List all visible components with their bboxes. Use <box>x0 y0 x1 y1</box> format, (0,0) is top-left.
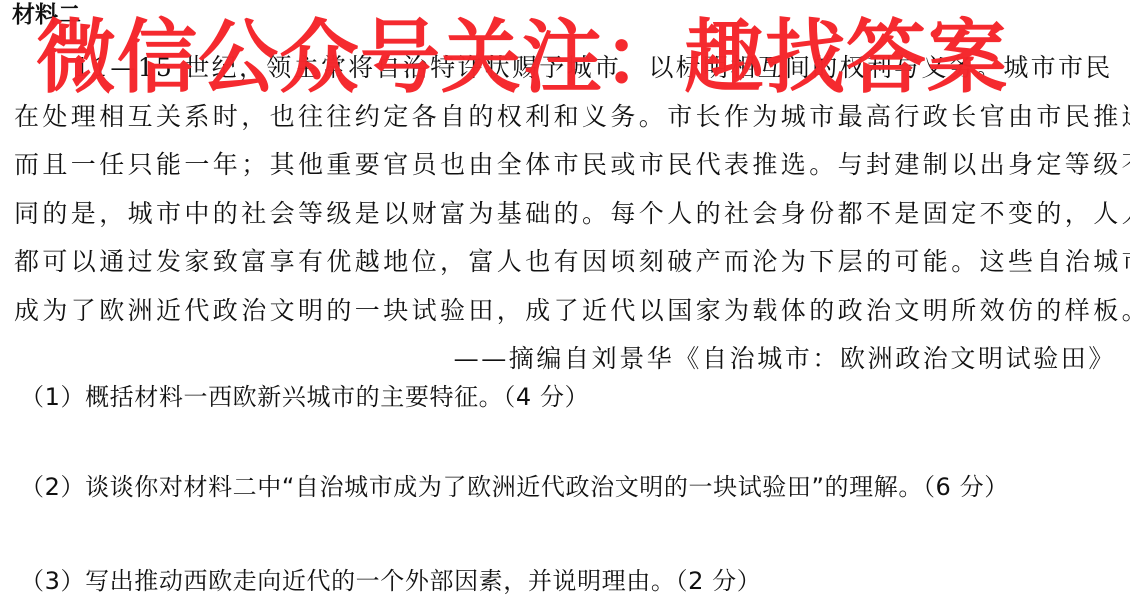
question-2: （2）谈谈你对材料二中“自治城市成为了欧洲近代政治文明的一块试验田”的理解。（6… <box>20 472 1009 502</box>
question-text: 写出推动西欧走向近代的一个外部因素，并说明理由。（2 分） <box>85 567 761 595</box>
passage-line: 同的是，城市中的社会等级是以财富为基础的。每个人的社会身份都不是固定不变的，人人 <box>14 190 1124 239</box>
question-text: 谈谈你对材料二中“自治城市成为了欧洲近代政治文明的一块试验田”的理解。（6 分） <box>85 473 1009 501</box>
question-3: （3）写出推动西欧走向近代的一个外部因素，并说明理由。（2 分） <box>20 566 761 596</box>
passage-line: 而且一任只能一年；其他重要官员也由全体市民或市民代表推选。与封建制以出身定等级不 <box>14 141 1124 190</box>
passage-line: 成为了欧洲近代政治文明的一块试验田，成了近代以国家为载体的政治文明所效仿的样板。 <box>14 287 1124 336</box>
question-1: （1）概括材料一西欧新兴城市的主要特征。（4 分） <box>20 382 589 412</box>
question-number: （3） <box>20 567 85 595</box>
source-citation: ——摘编自刘景华《自治城市：欧洲政治文明试验田》 <box>14 335 1124 384</box>
passage-line: 都可以通过发家致富享有优越地位，富人也有因顷刻破产而沦为下层的可能。这些自治城市 <box>14 238 1124 287</box>
passage-line: 11—15 世纪，领主常将自治特许状赐予城市，以标明相互间的权利与义务。城市市民 <box>14 44 1124 93</box>
question-number: （2） <box>20 473 85 501</box>
passage-line: 在处理相互关系时，也往往约定各自的权利和义务。市长作为城市最高行政长官由市民推选… <box>14 93 1124 142</box>
question-number: （1） <box>20 383 85 411</box>
question-text: 概括材料一西欧新兴城市的主要特征。（4 分） <box>85 383 589 411</box>
section-heading: 材料二 <box>12 0 81 30</box>
passage: 11—15 世纪，领主常将自治特许状赐予城市，以标明相互间的权利与义务。城市市民… <box>14 44 1124 384</box>
